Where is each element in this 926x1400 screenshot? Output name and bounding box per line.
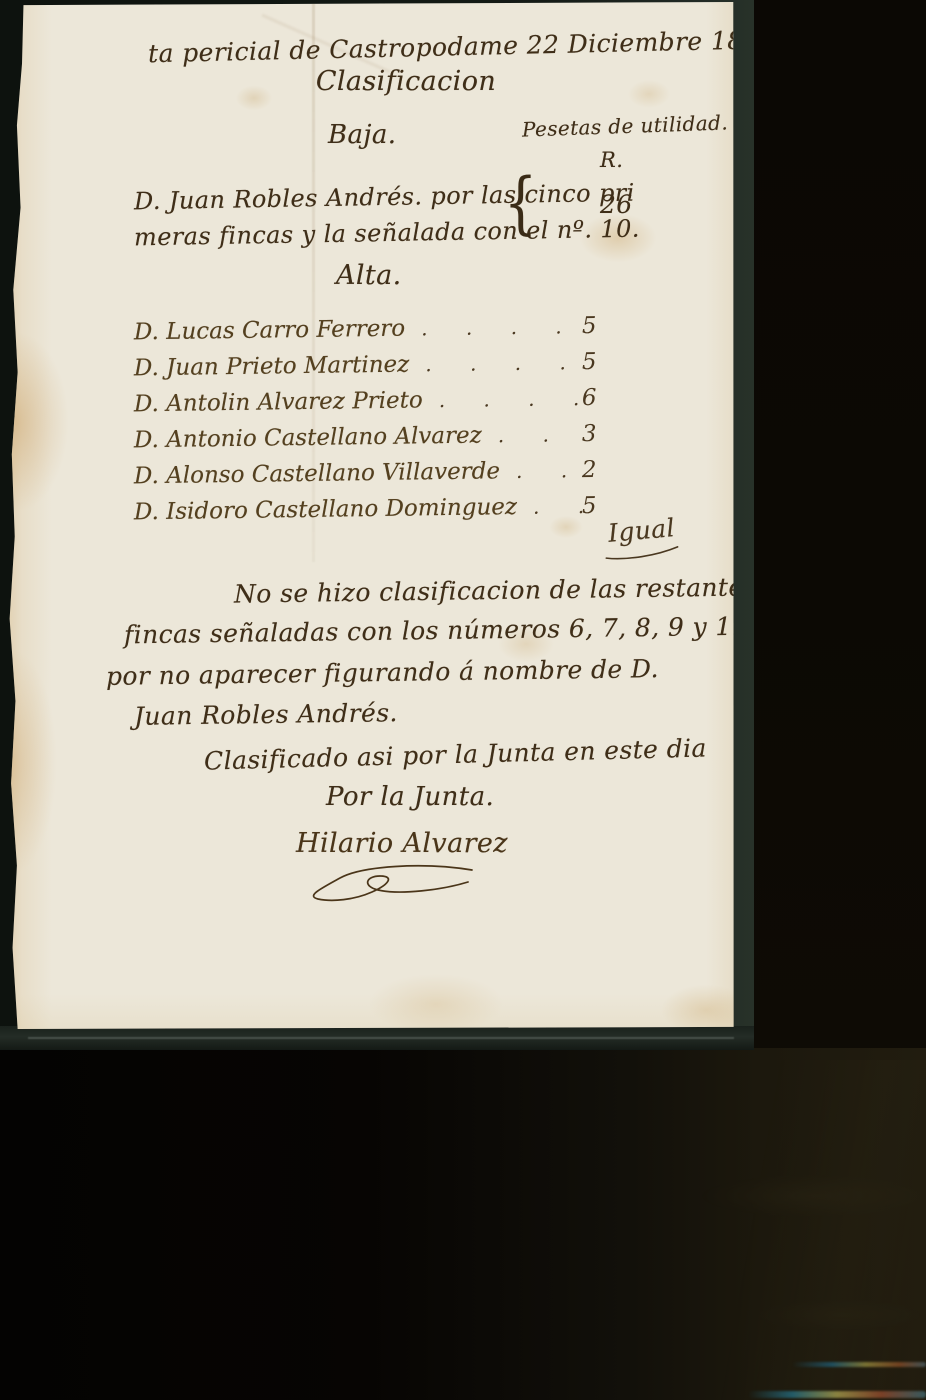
- pesetas-column-subheader: R.: [600, 148, 623, 172]
- alta-row: D. Isidoro Castellano Dominguez . . . . …: [134, 493, 616, 536]
- closing-line: Por la Junta.: [326, 782, 494, 812]
- alta-row-name: D. Lucas Carro Ferrero: [134, 316, 406, 346]
- baja-entry-value: 26: [600, 190, 633, 219]
- alta-row-value: 5: [582, 349, 616, 375]
- header-line: ta pericial de Castropodame 22 Diciembre…: [148, 25, 785, 68]
- scanner-void-right: [752, 0, 926, 1052]
- note-line: fincas señaladas con los números 6, 7, 8…: [124, 612, 748, 650]
- baja-entry-line2: meras fincas y la señalada con el nº. 10…: [134, 215, 640, 252]
- dot-leader: . . . . . .: [423, 386, 582, 412]
- alta-row-name: D. Alonso Castellano Villaverde: [134, 458, 500, 489]
- note-line: por no aparecer figurando á nombre de D.: [106, 654, 659, 691]
- alta-row-name: D. Antolin Alvarez Prieto: [134, 387, 423, 417]
- total-label: Igual: [607, 513, 676, 548]
- alta-row-name: D. Juan Prieto Martinez: [134, 352, 410, 382]
- baja-section-label: Baja.: [328, 120, 396, 150]
- dot-leader: . . . . . .: [409, 350, 582, 376]
- manuscript-page: ta pericial de Castropodame 22 Diciembre…: [6, 2, 734, 1030]
- dot-leader: . . . . . .: [405, 314, 582, 340]
- alta-section-label: Alta.: [336, 260, 402, 291]
- alta-row-value: 6: [582, 385, 616, 411]
- alta-row-value: 2: [582, 457, 616, 483]
- pesetas-column-header: Pesetas de utilidad.: [522, 110, 729, 141]
- chromatic-artifact: [792, 1362, 926, 1367]
- page-title: Clasificacion: [126, 66, 686, 97]
- alta-row-value: 5: [582, 493, 616, 519]
- dot-leader: . . . . .: [482, 422, 582, 447]
- curly-brace: {: [504, 165, 537, 243]
- signature-rubric: [302, 860, 482, 904]
- signature: Hilario Alvarez: [296, 828, 508, 859]
- note-line: Juan Robles Andrés.: [134, 698, 398, 731]
- baja-entry-line1: D. Juan Robles Andrés. por las cinco pri: [134, 179, 635, 216]
- surface-texture: [640, 1060, 926, 1400]
- alta-row-value: 3: [582, 421, 616, 447]
- alta-row-name: D. Isidoro Castellano Dominguez: [134, 494, 517, 525]
- dot-leader: . . . .: [500, 458, 582, 483]
- closing-line: Clasificado asi por la Junta en este dia: [204, 733, 707, 775]
- note-line: No se hizo clasificacion de las restante…: [234, 572, 757, 608]
- board-edge-highlight: [28, 1037, 734, 1039]
- alta-row-name: D. Antonio Castellano Alvarez: [134, 423, 482, 454]
- alta-list: D. Lucas Carro Ferrero . . . . . . 5 D. …: [134, 316, 616, 532]
- dot-leader: . . . .: [517, 494, 582, 519]
- alta-row-value: 5: [582, 313, 616, 339]
- chromatic-artifact: [748, 1391, 926, 1398]
